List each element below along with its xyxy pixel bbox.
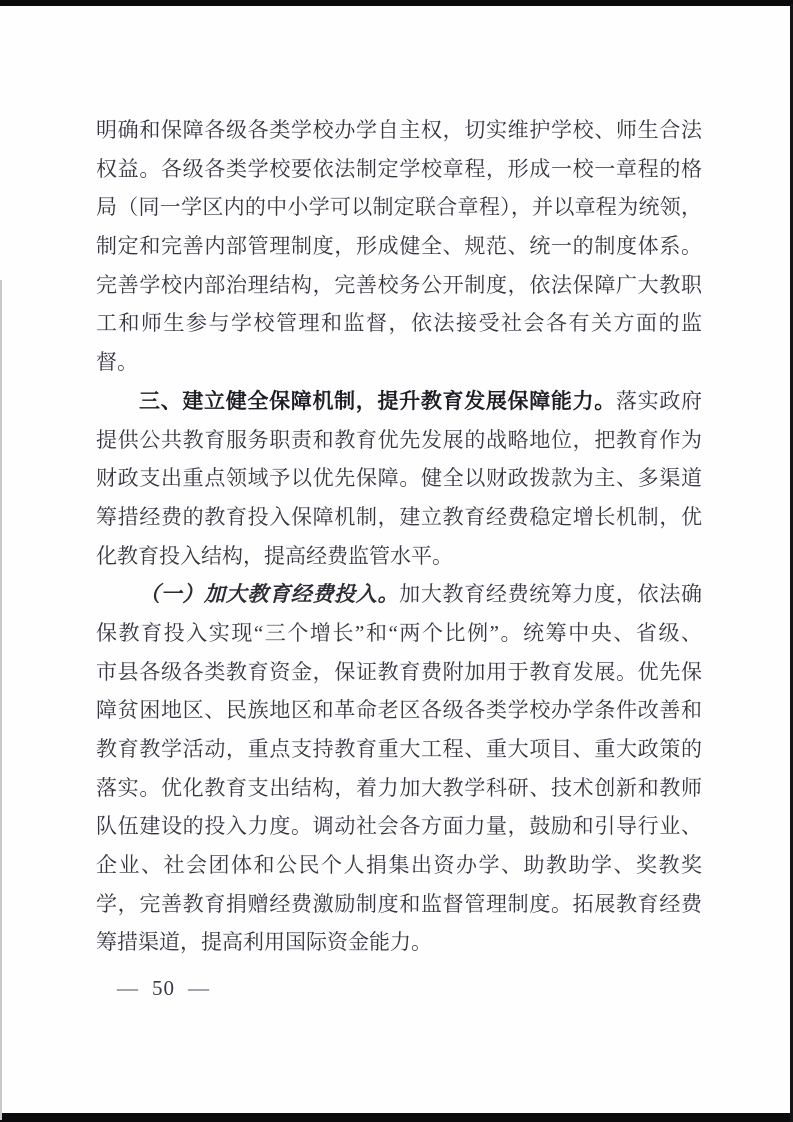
text-line: 提供公共教育服务职责和教育优先发展的战略地位，把教育作为 [96, 421, 702, 460]
subsection-heading: （一）加大教育经费投入。 [139, 582, 399, 606]
page-number: 50 [152, 976, 175, 1001]
text-line: 权益。各级各类学校要依法制定学校章程，形成一校一章程的格 [96, 150, 702, 189]
text-line: （一）加大教育经费投入。加大教育经费统筹力度，依法确 [96, 575, 702, 614]
text-line: 财政支出重点领域予以优先保障。健全以财政拨款为主、多渠道 [96, 459, 702, 498]
body-text: 企业、社会团体和公民个人捐集出资办学、助教助学、奖教奖 [96, 853, 702, 877]
section-heading: 三、建立健全保障机制，提升教育发展保障能力。 [139, 390, 616, 413]
text-line: 市县各级各类教育资金，保证教育费附加用于教育发展。优先保 [96, 653, 702, 692]
page-footer: — 50 — [117, 976, 210, 1001]
body-text: 局（同一学区内的中小学可以制定联合章程），并以章程为统领， [96, 195, 702, 219]
body-text: 落实。优化教育支出结构，着力加大教学科研、技术创新和教师 [96, 776, 702, 800]
body-text: 加大教育经费统筹力度，依法确 [399, 582, 702, 606]
footer-dash-left: — [117, 976, 139, 1001]
text-line: 局（同一学区内的中小学可以制定联合章程），并以章程为统领， [96, 188, 702, 227]
body-text: 完善学校内部治理结构，完善校务公开制度，依法保障广大教职 [96, 273, 702, 297]
text-line: 企业、社会团体和公民个人捐集出资办学、助教助学、奖教奖 [96, 846, 702, 885]
text-line: 明确和保障各级各类学校办学自主权，切实维护学校、师生合法 [96, 111, 702, 150]
body-text: 筹措经费的教育投入保障机制，建立教育经费稳定增长机制，优 [96, 505, 702, 529]
body-text: 权益。各级各类学校要依法制定学校章程，形成一校一章程的格 [96, 157, 702, 181]
text-line: 工和师生参与学校管理和监督，依法接受社会各有关方面的监 [96, 304, 702, 343]
text-line: 筹措经费的教育投入保障机制，建立教育经费稳定增长机制，优 [96, 498, 702, 537]
body-text: 队伍建设的投入力度。调动社会各方面力量，鼓励和引导行业、 [96, 814, 702, 838]
text-line: 完善学校内部治理结构，完善校务公开制度，依法保障广大教职 [96, 266, 702, 305]
body-text: 市县各级各类教育资金，保证教育费附加用于教育发展。优先保 [96, 660, 702, 684]
scan-edge-top [0, 0, 793, 6]
body-text: 筹措渠道，提高利用国际资金能力。 [96, 930, 432, 954]
text-line: 制定和完善内部管理制度，形成健全、规范、统一的制度体系。 [96, 227, 702, 266]
body-text: 保教育投入实现“三个增长”和“两个比例”。统筹中央、省级、 [96, 621, 702, 645]
text-line: 学，完善教育捐赠经费激励制度和监督管理制度。拓展教育经费 [96, 885, 702, 924]
scan-edge-left [0, 280, 2, 1120]
document-page: 明确和保障各级各类学校办学自主权，切实维护学校、师生合法权益。各级各类学校要依法… [0, 0, 793, 1122]
body-text: 教育教学活动，重点支持教育重大工程、重大项目、重大政策的 [96, 737, 702, 761]
body-text: 财政支出重点领域予以优先保障。健全以财政拨款为主、多渠道 [96, 466, 702, 490]
footer-dash-right: — [188, 976, 210, 1001]
text-line: 障贫困地区、民族地区和革命老区各级各类学校办学条件改善和 [96, 691, 702, 730]
body-text: 化教育投入结构，提高经费监管水平。 [96, 544, 453, 568]
text-line: 筹措渠道，提高利用国际资金能力。 [96, 923, 702, 962]
body-text: 落实政府 [616, 389, 702, 413]
scan-edge-bottom [0, 1113, 793, 1122]
text-line: 督。 [96, 343, 702, 382]
body-text: 制定和完善内部管理制度，形成健全、规范、统一的制度体系。 [96, 234, 702, 258]
text-lines: 明确和保障各级各类学校办学自主权，切实维护学校、师生合法权益。各级各类学校要依法… [96, 111, 702, 962]
text-line: 三、建立健全保障机制，提升教育发展保障能力。落实政府 [96, 382, 702, 421]
text-line: 化教育投入结构，提高经费监管水平。 [96, 537, 702, 576]
text-line: 落实。优化教育支出结构，着力加大教学科研、技术创新和教师 [96, 769, 702, 808]
body-text: 明确和保障各级各类学校办学自主权，切实维护学校、师生合法 [96, 118, 702, 142]
text-line: 教育教学活动，重点支持教育重大工程、重大项目、重大政策的 [96, 730, 702, 769]
body-text: 督。 [96, 350, 138, 374]
body-text: 工和师生参与学校管理和监督，依法接受社会各有关方面的监 [96, 311, 702, 335]
body-text: 学，完善教育捐赠经费激励制度和监督管理制度。拓展教育经费 [96, 892, 702, 916]
text-line: 队伍建设的投入力度。调动社会各方面力量，鼓励和引导行业、 [96, 807, 702, 846]
body-text: 障贫困地区、民族地区和革命老区各级各类学校办学条件改善和 [96, 698, 702, 722]
text-line: 保教育投入实现“三个增长”和“两个比例”。统筹中央、省级、 [96, 614, 702, 653]
body-text: 提供公共教育服务职责和教育优先发展的战略地位，把教育作为 [96, 428, 702, 452]
